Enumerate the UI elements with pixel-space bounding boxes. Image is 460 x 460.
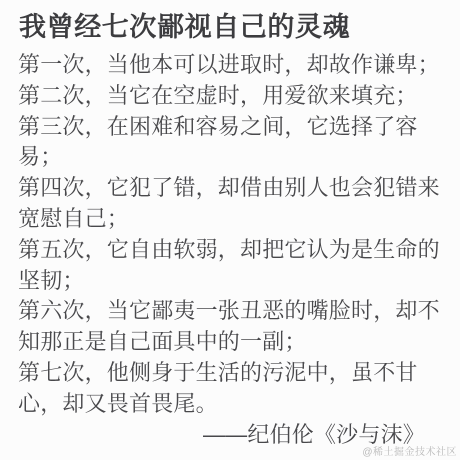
poem-title: 我曾经七次鄙视自己的灵魂 (19, 10, 442, 44)
poem-page: 我曾经七次鄙视自己的灵魂 第一次，当他本可以进取时，却故作谦卑； 第二次，当它在… (0, 0, 460, 460)
poem-line: 心，却又畏首畏尾。 (18, 389, 442, 420)
poem-line: 知那正是自己面具中的一副； (18, 327, 442, 358)
community-watermark: @稀土掘金技术社区 (362, 443, 457, 458)
poem-line: 易； (18, 142, 442, 173)
poem-line: 第二次，当它在空虚时，用爱欲来填充； (18, 81, 442, 112)
poem-line: 第四次，它犯了错，却借由别人也会犯错来 (18, 173, 442, 204)
poem-line: 坚韧； (18, 266, 442, 297)
poem-line: 第六次，当它鄙夷一张丑恶的嘴脸时，却不 (18, 296, 442, 327)
poem-line: 宽慰自己； (18, 204, 442, 235)
poem-body: 第一次，当他本可以进取时，却故作谦卑； 第二次，当它在空虚时，用爱欲来填充； 第… (18, 50, 442, 420)
poem-line: 第三次，在困难和容易之间，它选择了容 (18, 112, 442, 143)
poem-line: 第七次，他侧身于生活的污泥中，虽不甘 (18, 358, 442, 389)
poem-line: 第一次，当他本可以进取时，却故作谦卑； (18, 50, 442, 81)
poem-line: 第五次，它自由软弱，却把它认为是生命的 (18, 235, 442, 266)
